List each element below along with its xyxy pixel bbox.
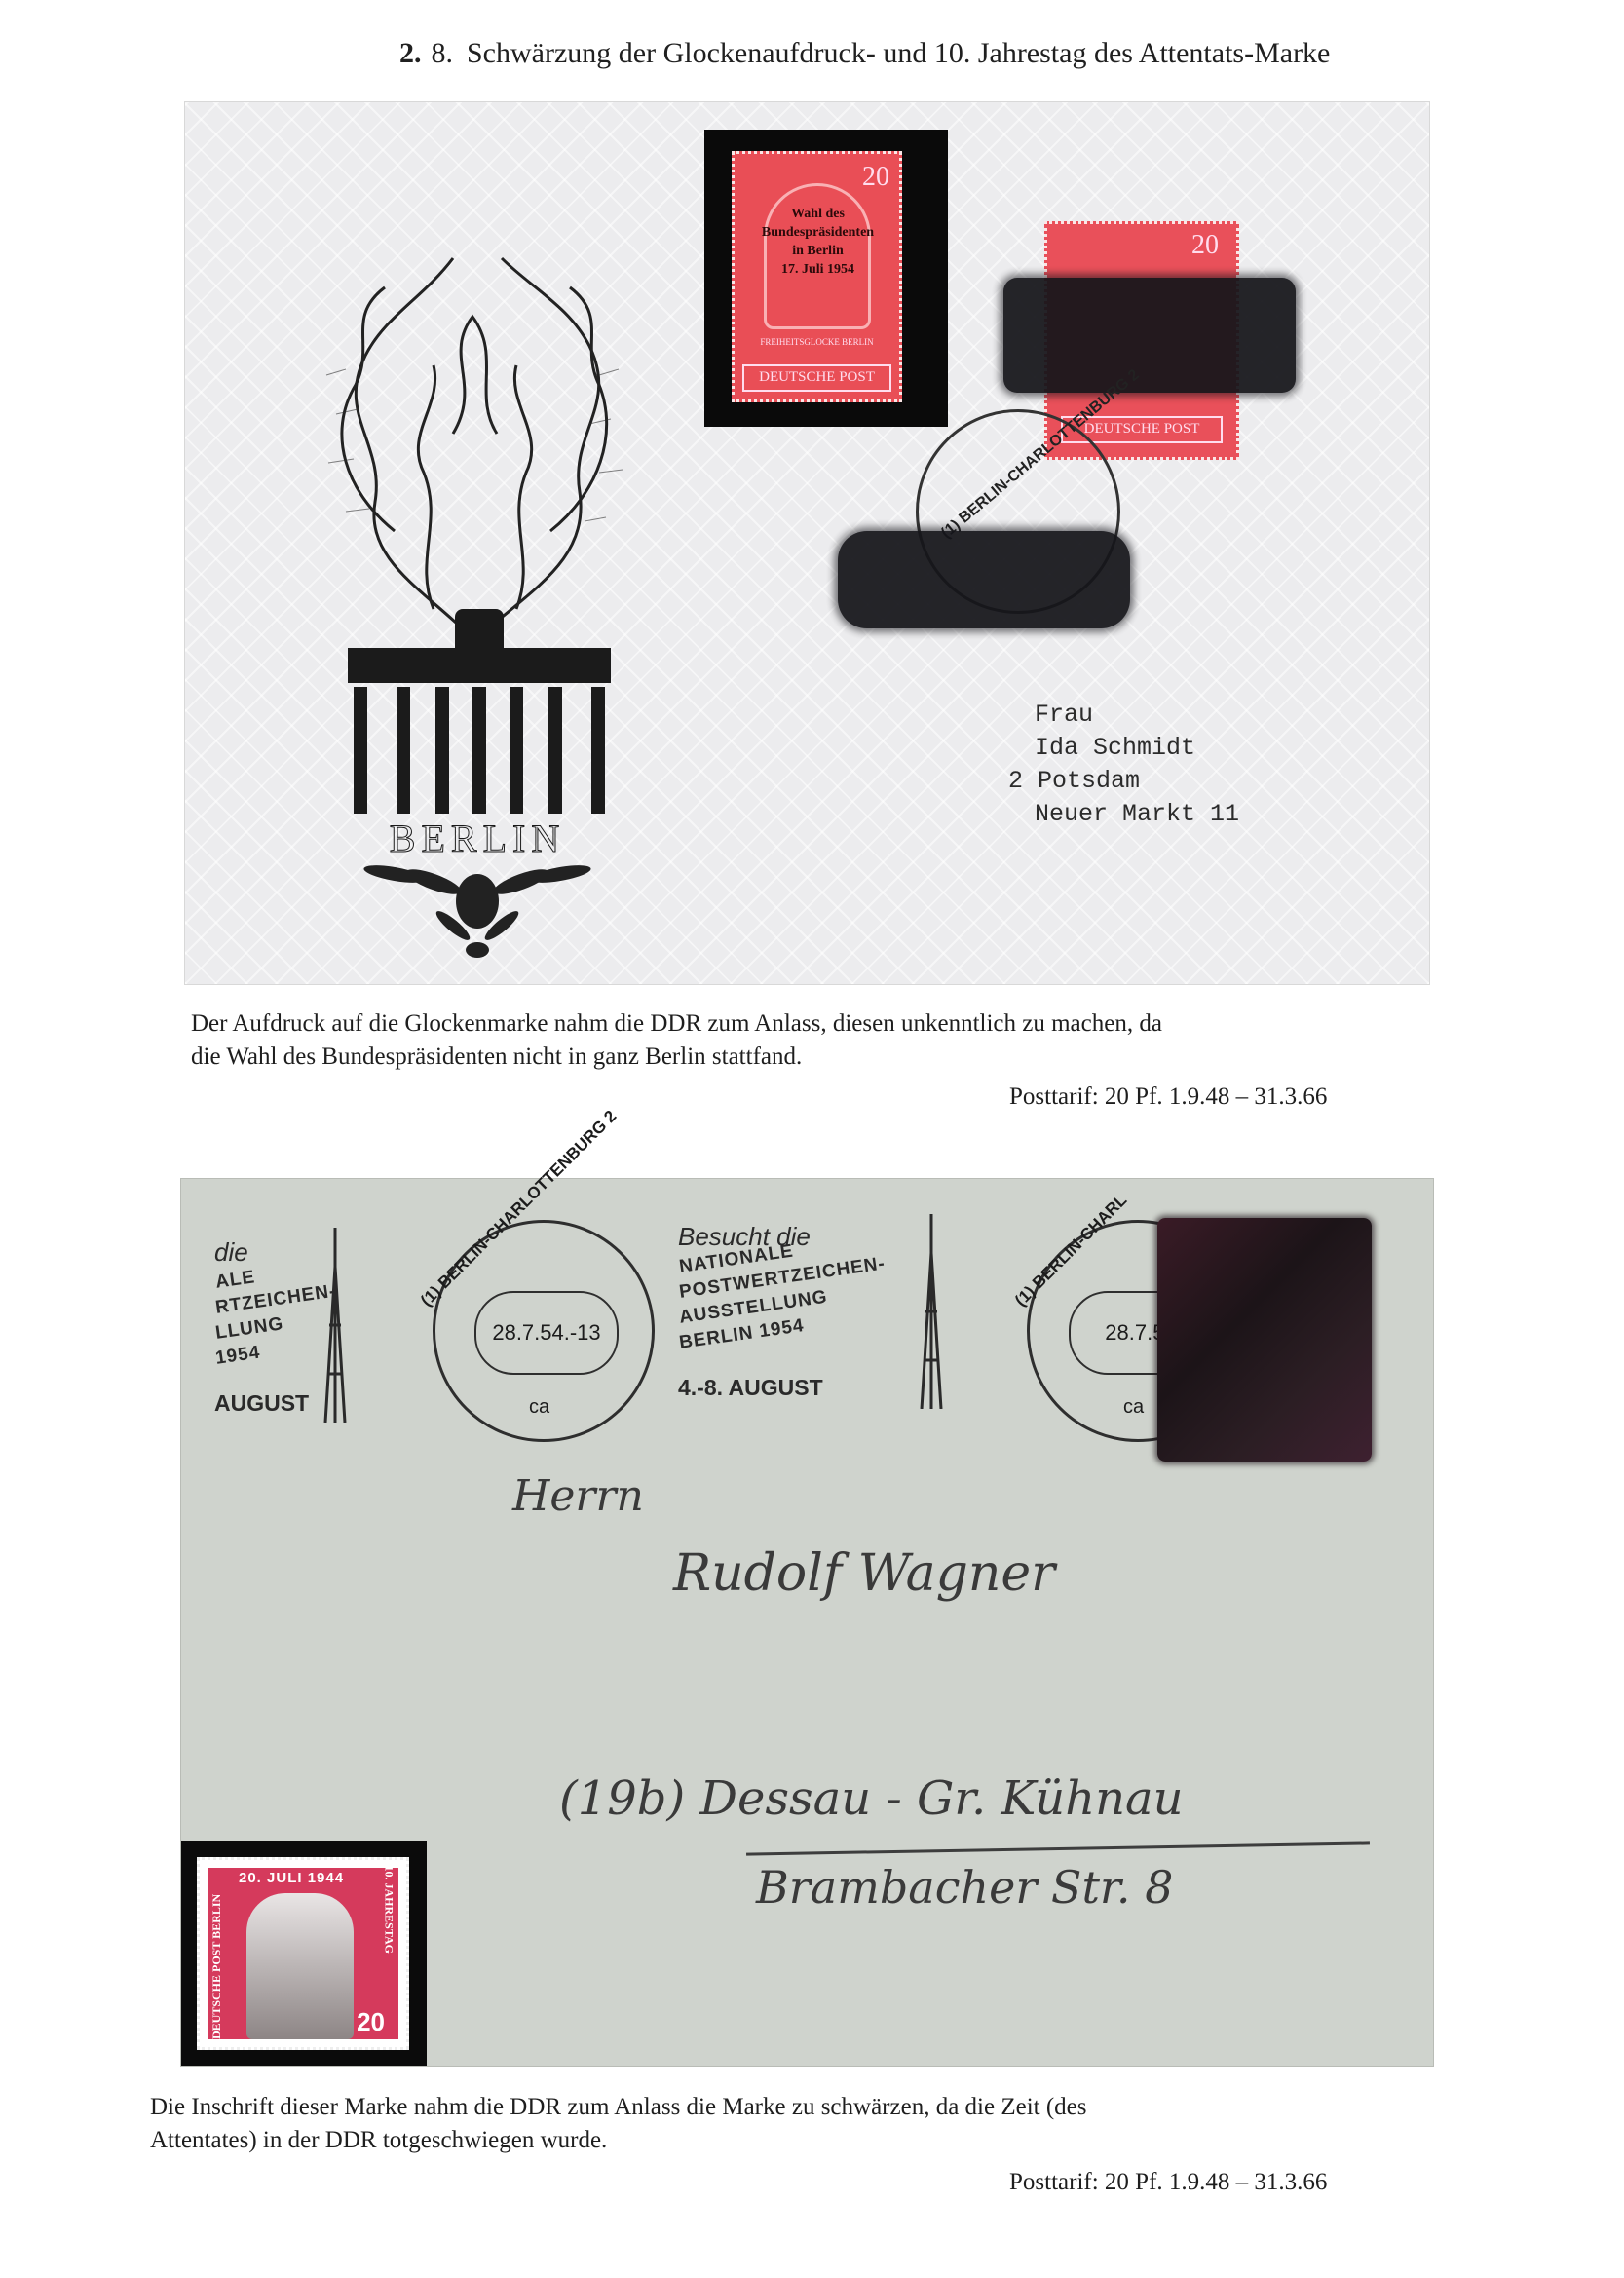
- caption-2: Die Inschrift dieser Marke nahm die DDR …: [150, 2091, 1087, 2157]
- handwritten-salutation: Herrn: [512, 1471, 644, 1521]
- gate-building: [348, 648, 611, 814]
- page-heading: 2.8.Schwärzung der Glockenaufdruck- und …: [399, 37, 1330, 70]
- postage-tariff-1: Posttarif: 20 Pf. 1.9.48 – 31.3.66: [1009, 1083, 1327, 1111]
- address-line: Neuer Markt 11: [1035, 798, 1239, 831]
- caption-1: Der Aufdruck auf die Glockenmarke nahm d…: [191, 1007, 1162, 1074]
- subsection-number: 8.: [432, 37, 454, 69]
- circular-postmark-1: (1) BERLIN-CHARLOTTENBURG 2 28.7.54.-13 …: [433, 1220, 655, 1442]
- recipient-address: Frau Ida Schmidt 2 Potsdam Neuer Markt 1…: [1035, 699, 1239, 831]
- postage-tariff-2: Posttarif: 20 Pf. 1.9.48 – 31.3.66: [1009, 2169, 1327, 2196]
- slogan-italic: die: [214, 1237, 248, 1267]
- stamp-value: 20: [1191, 230, 1219, 261]
- handwritten-street: Brambacher Str. 8: [756, 1861, 1173, 1914]
- stamp-bell-label: FREIHEITSGLOCKE BERLIN: [744, 337, 889, 347]
- postmark-code: ca: [1123, 1396, 1144, 1419]
- bell-stamp-overprinted: 20 Wahl des Bundespräsidenten in Berlin …: [732, 151, 902, 402]
- wreath-icon: [336, 853, 619, 960]
- jubilee-stamp: 20. JULI 1944 DEUTSCHE POST BERLIN 10. J…: [197, 1857, 409, 2050]
- section-number: 2.: [399, 37, 422, 69]
- stamp-country: DEUTSCHE POST: [742, 364, 891, 392]
- caption-line: Attentates) in der DDR totgeschwiegen wu…: [150, 2124, 1087, 2157]
- cover-jubilee-stamp: die ALE RTZEICHEN- LLUNG 1954 AUGUST (1)…: [181, 1179, 1433, 2066]
- postmark-code: ca: [529, 1396, 549, 1419]
- stamp-overprint: Wahl des Bundespräsidenten in Berlin 17.…: [752, 205, 884, 279]
- handwritten-city: (19b) Dessau - Gr. Kühnau: [559, 1771, 1184, 1826]
- caption-line: Der Aufdruck auf die Glockenmarke nahm d…: [191, 1007, 1162, 1041]
- slogan-date: 4.-8. AUGUST: [678, 1375, 886, 1401]
- postmark-ring-text: (1) BERLIN-CHARLOTTENBURG 2: [417, 1107, 621, 1310]
- section-title: Schwärzung der Glockenaufdruck- und 10. …: [467, 37, 1330, 69]
- radio-tower-icon: [318, 1228, 353, 1423]
- mounted-stamp: 20 Wahl des Bundespräsidenten in Berlin …: [704, 130, 948, 427]
- cover-bell-stamp: BERLIN 20 Wahl des Bundespräsidenten in …: [185, 102, 1429, 984]
- ink-blackout-stamp: [1003, 278, 1296, 393]
- ink-blackout-cachet: [838, 531, 1130, 628]
- flames-icon: [307, 239, 638, 648]
- address-line: Frau: [1035, 699, 1239, 732]
- caption-line: die Wahl des Bundespräsidenten nicht in …: [191, 1041, 1162, 1074]
- address-line: Ida Schmidt: [1035, 732, 1239, 765]
- statue-figure-icon: [246, 1893, 354, 2039]
- address-line: 2 Potsdam: [1008, 765, 1239, 798]
- stamp-top-text: 20. JULI 1944: [239, 1870, 344, 1886]
- stamp-left-text: DEUTSCHE POST BERLIN: [209, 1894, 224, 2039]
- radio-tower-icon: [914, 1214, 949, 1409]
- stamp-right-text: 10. JAHRESTAG: [382, 1866, 397, 2022]
- machine-cancel-slogan: Besucht die NATIONALE POSTWERTZEICHEN- A…: [678, 1222, 886, 1401]
- blackened-stamp: [1157, 1218, 1372, 1462]
- address-underline: [746, 1841, 1370, 1855]
- brandenburg-gate-illustration: BERLIN: [307, 239, 638, 960]
- caption-line: Die Inschrift dieser Marke nahm die DDR …: [150, 2091, 1087, 2124]
- handwritten-name: Rudolf Wagner: [673, 1544, 1055, 1603]
- postmark-date: 28.7.54.-13: [474, 1291, 619, 1375]
- mounted-stamp: 20. JULI 1944 DEUTSCHE POST BERLIN 10. J…: [181, 1841, 427, 2066]
- stamp-value: 20: [862, 162, 889, 193]
- stamp-value: 20: [357, 2007, 385, 2037]
